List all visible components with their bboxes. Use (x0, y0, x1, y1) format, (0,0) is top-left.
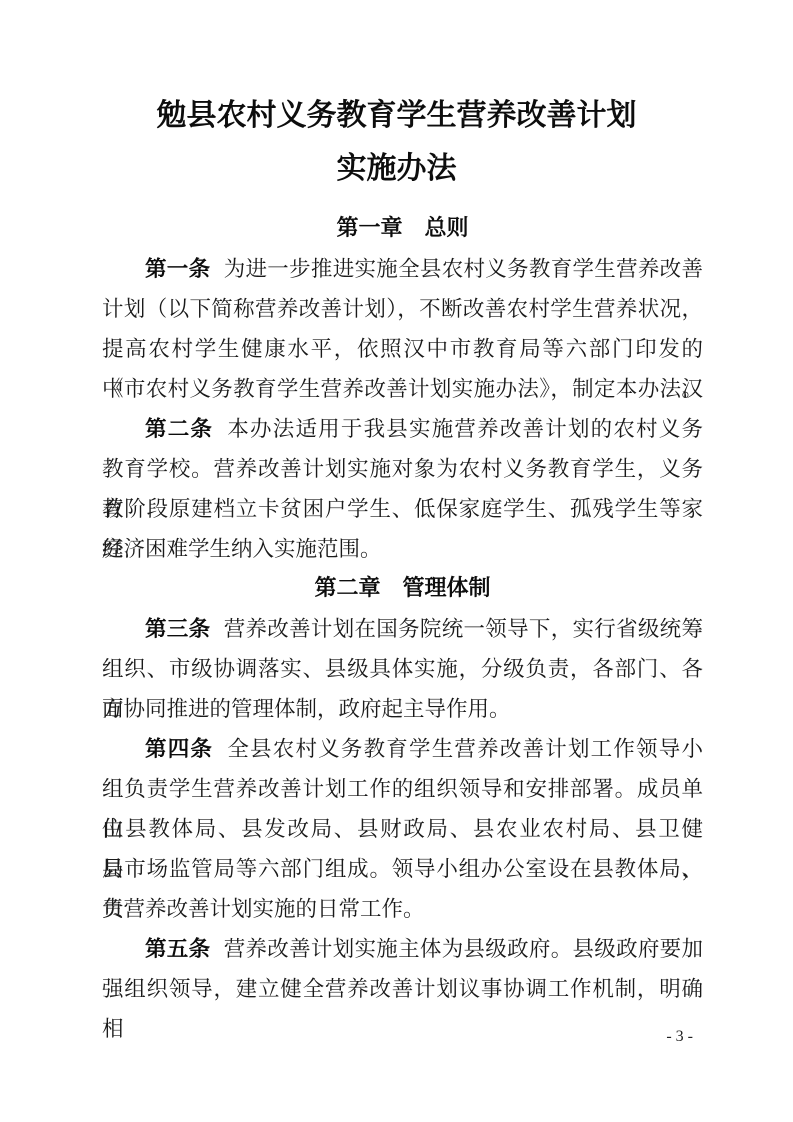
paragraph-line: 中市农村义务教育学生营养改善计划实施办法》，制定本办法。 (102, 369, 703, 409)
article-label: 第二条 (145, 417, 213, 442)
paragraph-line: 第四条全县农村义务教育学生营养改善计划工作领导小 (102, 729, 703, 769)
document-title-line-2: 实施办法 (0, 142, 793, 195)
paragraph-text: 本办法适用于我县实施营养改善计划的农村义务 (226, 417, 703, 441)
paragraph-text: 全县农村义务教育学生营养改善计划工作领导小 (226, 737, 703, 761)
paragraph-text: 营养改善计划在国务院统一领导下，实行省级统筹 (223, 617, 703, 641)
page-number: - 3 - (666, 1026, 693, 1048)
article-label: 第三条 (145, 617, 210, 642)
paragraph-line: 组负责学生营养改善计划工作的组织领导和安排部署。成员单位 (102, 769, 703, 809)
paragraph-line: 教育学校。营养改善计划实施对象为农村义务教育学生，义务教 (102, 449, 703, 489)
paragraph-text: 为进一步推进实施全县农村义务教育学生营养改善 (223, 257, 703, 281)
paragraph-line: 组织、市级协调落实、县级具体实施，分级负责，各部门、各方 (102, 649, 703, 689)
paragraph-line: 第五条营养改善计划实施主体为县级政府。县级政府要加 (102, 929, 703, 969)
paragraph-line: 计划（以下简称营养改善计划），不断改善农村学生营养状况， (102, 289, 703, 329)
paragraph-line: 经济困难学生纳入实施范围。 (102, 529, 703, 569)
document-page: 勉县农村义务教育学生营养改善计划 实施办法 第一章 总则第一条为进一步推进实施全… (0, 0, 793, 1122)
paragraph-line: 第二条本办法适用于我县实施营养改善计划的农村义务 (102, 409, 703, 449)
paragraph-line: 县市场监管局等六部门组成。领导小组办公室设在县教体局，负 (102, 849, 703, 889)
article-label: 第四条 (145, 737, 213, 762)
document-title: 勉县农村义务教育学生营养改善计划 实施办法 (0, 89, 793, 195)
paragraph-line: 第一条为进一步推进实施全县农村义务教育学生营养改善 (102, 249, 703, 289)
paragraph-line: 强组织领导，建立健全营养改善计划议事协调工作机制，明确相 (102, 969, 703, 1009)
paragraph-line: 由县教体局、县发改局、县财政局、县农业农村局、县卫健局、 (102, 809, 703, 849)
chapter-heading: 第一章 总则 (102, 209, 703, 249)
document-body: 第一章 总则第一条为进一步推进实施全县农村义务教育学生营养改善计划（以下简称营养… (102, 209, 703, 1009)
paragraph-line: 育阶段原建档立卡贫困户学生、低保家庭学生、孤残学生等家庭 (102, 489, 703, 529)
paragraph-line: 责营养改善计划实施的日常工作。 (102, 889, 703, 929)
article-label: 第一条 (145, 257, 210, 282)
paragraph-line: 提高农村学生健康水平，依照汉中市教育局等六部门印发的《汉 (102, 329, 703, 369)
paragraph-line: 第三条营养改善计划在国务院统一领导下，实行省级统筹 (102, 609, 703, 649)
paragraph-text: 营养改善计划实施主体为县级政府。县级政府要加 (223, 937, 703, 961)
paragraph-line: 面协同推进的管理体制，政府起主导作用。 (102, 689, 703, 729)
article-label: 第五条 (145, 937, 210, 962)
document-title-line-1: 勉县农村义务教育学生营养改善计划 (0, 89, 793, 142)
chapter-heading: 第二章 管理体制 (102, 569, 703, 609)
